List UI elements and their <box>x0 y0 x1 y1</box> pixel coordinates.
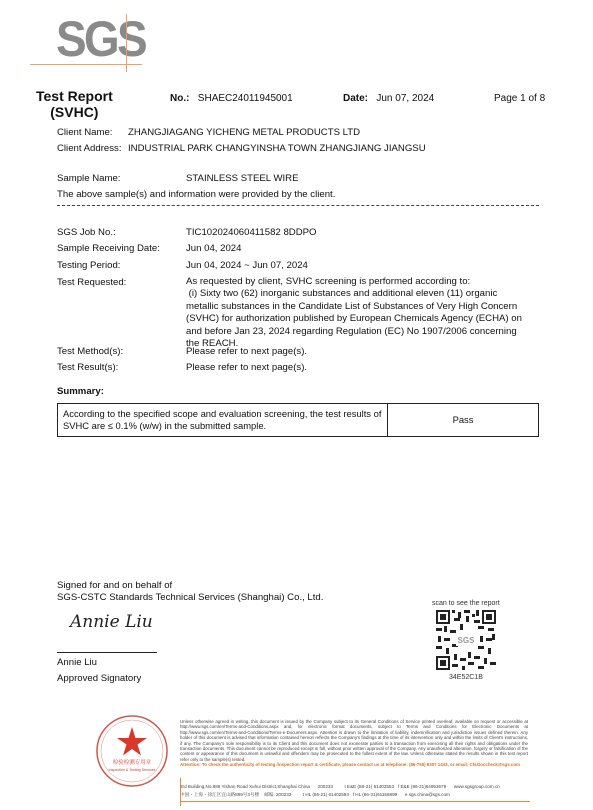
dashed-divider <box>57 205 539 206</box>
qr-caption: scan to see the report <box>432 600 500 607</box>
report-date: Date: Jun 07, 2024 <box>343 93 434 104</box>
handwritten-signature: Annie Liu <box>70 612 153 632</box>
qr-code-icon[interactable]: SGS <box>434 608 498 672</box>
report-date-value: Jun 07, 2024 <box>376 93 434 104</box>
report-number-value: SHAEC24011945001 <box>198 93 293 104</box>
test-result-value: Please refer to next page(s). <box>186 361 307 374</box>
test-result-label: Test Result(s): <box>57 361 118 374</box>
summary-text-line2: SVHC are ≤ 0.1% (w/w) in the submitted s… <box>63 420 382 432</box>
company-name: SGS-CSTC Standards Technical Services (S… <box>57 591 323 604</box>
address-en: 3rd Building,No.889 Yishan Road Xuhui Di… <box>180 784 500 789</box>
report-number: No.: SHAEC24011945001 <box>170 93 293 104</box>
footer-divider-vertical <box>180 778 181 806</box>
svg-text:Inspection & Testing Services: Inspection & Testing Services <box>109 768 156 772</box>
client-address-value: INDUSTRIAL PARK CHANGYINSHA TOWN ZHANGJI… <box>128 142 426 155</box>
page-indicator: Page 1 of 8 <box>494 93 545 104</box>
summary-title: Summary: <box>57 386 104 397</box>
job-no-value: TIC102024060411582 8DDPO <box>186 226 317 239</box>
report-title: Test Report (SVHC) <box>36 88 113 120</box>
sample-name-label: Sample Name: <box>57 172 120 185</box>
client-name-value: ZHANGJIAGANG YICHENG METAL PRODUCTS LTD <box>128 126 360 139</box>
report-date-label: Date: <box>343 93 368 104</box>
address-en-text: 3rd Building,No.889 Yishan Road Xuhui Di… <box>180 784 310 789</box>
address-cn-text: 中国・上海・徐汇区宜山路889号3号楼 <box>180 792 259 797</box>
testing-period-value: Jun 04, 2024 ~ Jun 07, 2024 <box>186 259 308 272</box>
test-method-label: Test Method(s): <box>57 345 123 358</box>
telephone-ee: t E&E (86-21) 61402553 <box>345 784 395 789</box>
sample-name-value: STAINLESS STEEL WIRE <box>186 172 299 185</box>
address-cn: 中国・上海・徐汇区宜山路889号3号楼 邮编: 200233 t HL (86-… <box>180 792 450 798</box>
sample-note: The above sample(s) and information were… <box>57 188 335 201</box>
client-address-label: Client Address: <box>57 142 122 155</box>
website-link[interactable]: www.sgsgroup.com.cn <box>454 784 500 789</box>
requested-line: and before Jan 23, 2024 regarding Regula… <box>186 326 546 338</box>
postcode-label: 邮编: <box>264 792 274 797</box>
authenticity-notice: Attention: To check the authenticity of … <box>180 762 528 767</box>
requested-line: As requested by client, SVHC screening i… <box>186 276 546 288</box>
test-method-value: Please refer to next page(s). <box>186 345 307 358</box>
summary-text: According to the specified scope and eva… <box>58 404 388 437</box>
requested-line: (SVHC) for authorization published by Eu… <box>186 313 546 325</box>
fax-hl: f HL (86-21)61156899 <box>353 792 397 797</box>
legal-disclaimer: Unless otherwise agreed in writing, this… <box>180 719 528 768</box>
report-number-label: No.: <box>170 93 189 104</box>
signatory-role: Approved Signatory <box>57 672 141 685</box>
postcode: 200233 <box>318 784 333 789</box>
requested-line: metallic substances in the Candidate Lis… <box>186 301 546 313</box>
job-no-label: SGS Job No.: <box>57 226 116 239</box>
report-title-line1: Test Report <box>36 88 113 104</box>
disclaimer-text: Unless otherwise agreed in writing, this… <box>180 719 528 762</box>
summary-result: Pass <box>388 404 539 437</box>
test-requested-text: As requested by client, SVHC screening i… <box>186 276 546 350</box>
postcode: 200233 <box>276 792 291 797</box>
signatory-name: Annie Liu <box>57 656 97 669</box>
footer-divider <box>180 801 530 802</box>
svg-text:SGS: SGS <box>458 636 476 645</box>
qr-verification-code: 34E52C1B <box>449 674 483 681</box>
email-link[interactable]: e sgs.china@sgs.com <box>405 792 450 797</box>
summary-row: According to the specified scope and eva… <box>58 404 539 437</box>
signature-line <box>57 652 157 653</box>
summary-text-line1: According to the specified scope and eva… <box>63 408 382 420</box>
telephone-hl: t HL (86-21) 61402594 <box>303 792 349 797</box>
testing-period-label: Testing Period: <box>57 259 120 272</box>
test-requested-label: Test Requested: <box>57 276 126 289</box>
receiving-date-label: Sample Receiving Date: <box>57 242 160 255</box>
requested-line: (i) Sixty two (62) inorganic substances … <box>186 288 546 300</box>
summary-table: According to the specified scope and eva… <box>57 403 539 437</box>
client-name-label: Client Name: <box>57 126 112 139</box>
svg-text:检验检测专用章: 检验检测专用章 <box>113 758 152 766</box>
official-seal-icon: 检验检测专用章 Inspection & Testing Services <box>94 713 170 789</box>
sgs-logo: SGS <box>56 14 145 64</box>
fax-ee: f E&E (86-21)64953679 <box>398 784 446 789</box>
logo-divider-vertical <box>126 14 127 72</box>
report-title-line2: (SVHC) <box>36 104 113 120</box>
receiving-date-value: Jun 04, 2024 <box>186 242 241 255</box>
